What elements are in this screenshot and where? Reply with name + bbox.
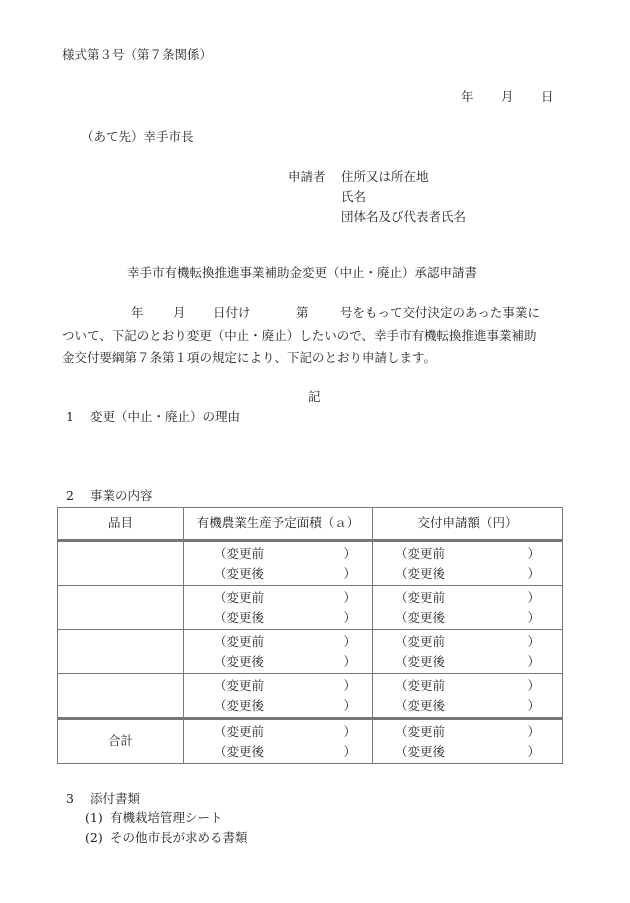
section-1-label: 変更（中止・廃止）の理由: [90, 411, 240, 424]
close-paren: ）: [527, 588, 540, 608]
close-paren: ）: [343, 742, 356, 762]
ki-heading: 記: [308, 391, 321, 404]
after-label: （変更後: [395, 698, 445, 713]
body-dai: 第: [296, 307, 309, 320]
date-year-label: 年: [461, 91, 474, 104]
close-paren: ）: [343, 564, 356, 584]
close-paren: ）: [527, 652, 540, 672]
close-paren: ）: [343, 608, 356, 628]
document-title: 幸手市有機転換推進事業補助金変更（中止・廃止）承認申請書: [127, 267, 477, 280]
table-row: （変更前） （変更後） （変更前） （変更後）: [58, 586, 563, 630]
after-label: （変更後: [214, 654, 264, 669]
before-label: （変更前: [214, 724, 264, 739]
total-amount-cell[interactable]: （変更前） （変更後）: [373, 719, 563, 764]
item-cell[interactable]: [58, 541, 184, 586]
section-2-number: 2: [66, 490, 74, 503]
before-label: （変更前: [395, 590, 445, 605]
header-item: 品目: [58, 508, 184, 541]
area-cell[interactable]: （変更前） （変更後）: [184, 586, 373, 630]
close-paren: ）: [343, 676, 356, 696]
amount-cell[interactable]: （変更前） （変更後）: [373, 674, 563, 719]
close-paren: ）: [527, 564, 540, 584]
close-paren: ）: [343, 544, 356, 564]
header-amount: 交付申請額（円）: [373, 508, 563, 541]
before-label: （変更前: [395, 678, 445, 693]
section-3-number: 3: [66, 793, 74, 806]
date-month-label: 月: [501, 91, 514, 104]
attachment-1-label: 有機栽培管理シート: [110, 812, 223, 825]
table-header-row: 品目 有機農業生産予定面積（ａ） 交付申請額（円）: [58, 508, 563, 541]
form-number: 様式第３号（第７条関係）: [62, 49, 212, 62]
close-paren: ）: [527, 696, 540, 716]
name-label: 氏名: [341, 191, 366, 204]
applicant-label: 申請者: [288, 171, 326, 184]
close-paren: ）: [527, 676, 540, 696]
after-label: （変更後: [395, 654, 445, 669]
header-area: 有機農業生産予定面積（ａ）: [184, 508, 373, 541]
item-cell[interactable]: [58, 630, 184, 674]
after-label: （変更後: [395, 610, 445, 625]
close-paren: ）: [343, 632, 356, 652]
before-label: （変更前: [395, 634, 445, 649]
before-label: （変更前: [214, 546, 264, 561]
close-paren: ）: [527, 632, 540, 652]
body-line2: ついて、下記のとおり変更（中止・廃止）したいので、幸手市有機転換推進事業補助: [62, 330, 537, 343]
after-label: （変更後: [214, 744, 264, 759]
before-label: （変更前: [214, 678, 264, 693]
section-2-label: 事業の内容: [90, 490, 153, 503]
section-3-label: 添付書類: [90, 793, 140, 806]
body-day: 日付け: [213, 307, 251, 320]
body-year: 年: [131, 307, 144, 320]
before-label: （変更前: [214, 590, 264, 605]
item-cell[interactable]: [58, 674, 184, 719]
amount-cell[interactable]: （変更前） （変更後）: [373, 630, 563, 674]
before-label: （変更前: [214, 634, 264, 649]
close-paren: ）: [343, 722, 356, 742]
after-label: （変更後: [395, 744, 445, 759]
area-cell[interactable]: （変更前） （変更後）: [184, 630, 373, 674]
addressee: （あて先）幸手市長: [81, 131, 194, 144]
body-line1-rest: 号をもって交付決定のあった事業に: [340, 307, 540, 320]
total-label: 合計: [58, 719, 184, 764]
after-label: （変更後: [214, 566, 264, 581]
after-label: （変更後: [214, 698, 264, 713]
total-area-cell[interactable]: （変更前） （変更後）: [184, 719, 373, 764]
close-paren: ）: [343, 696, 356, 716]
table-total-row: 合計 （変更前） （変更後） （変更前） （変更後）: [58, 719, 563, 764]
body-line3: 金交付要綱第７条第１項の規定により、下記のとおり申請します。: [62, 352, 436, 365]
close-paren: ）: [527, 608, 540, 628]
after-label: （変更後: [395, 566, 445, 581]
area-cell[interactable]: （変更前） （変更後）: [184, 541, 373, 586]
close-paren: ）: [527, 544, 540, 564]
amount-cell[interactable]: （変更前） （変更後）: [373, 586, 563, 630]
area-cell[interactable]: （変更前） （変更後）: [184, 674, 373, 719]
table-row: （変更前） （変更後） （変更前） （変更後）: [58, 630, 563, 674]
table-row: （変更前） （変更後） （変更前） （変更後）: [58, 674, 563, 719]
organization-label: 団体名及び代表者氏名: [341, 211, 466, 224]
amount-cell[interactable]: （変更前） （変更後）: [373, 541, 563, 586]
before-label: （変更前: [395, 724, 445, 739]
close-paren: ）: [343, 652, 356, 672]
before-label: （変更前: [395, 546, 445, 561]
table-row: （変更前） （変更後） （変更前） （変更後）: [58, 541, 563, 586]
close-paren: ）: [343, 588, 356, 608]
close-paren: ）: [527, 742, 540, 762]
item-cell[interactable]: [58, 586, 184, 630]
date-day-label: 日: [541, 91, 554, 104]
project-content-table: 品目 有機農業生産予定面積（ａ） 交付申請額（円） （変更前） （変更後） （変…: [57, 507, 563, 764]
attachment-1-number: (1): [85, 812, 103, 825]
after-label: （変更後: [214, 610, 264, 625]
close-paren: ）: [527, 722, 540, 742]
section-1-number: 1: [66, 411, 74, 424]
attachment-2-label: その他市長が求める書類: [110, 832, 248, 845]
address-label: 住所又は所在地: [341, 171, 429, 184]
body-month: 月: [173, 307, 186, 320]
attachment-2-number: (2): [85, 832, 103, 845]
